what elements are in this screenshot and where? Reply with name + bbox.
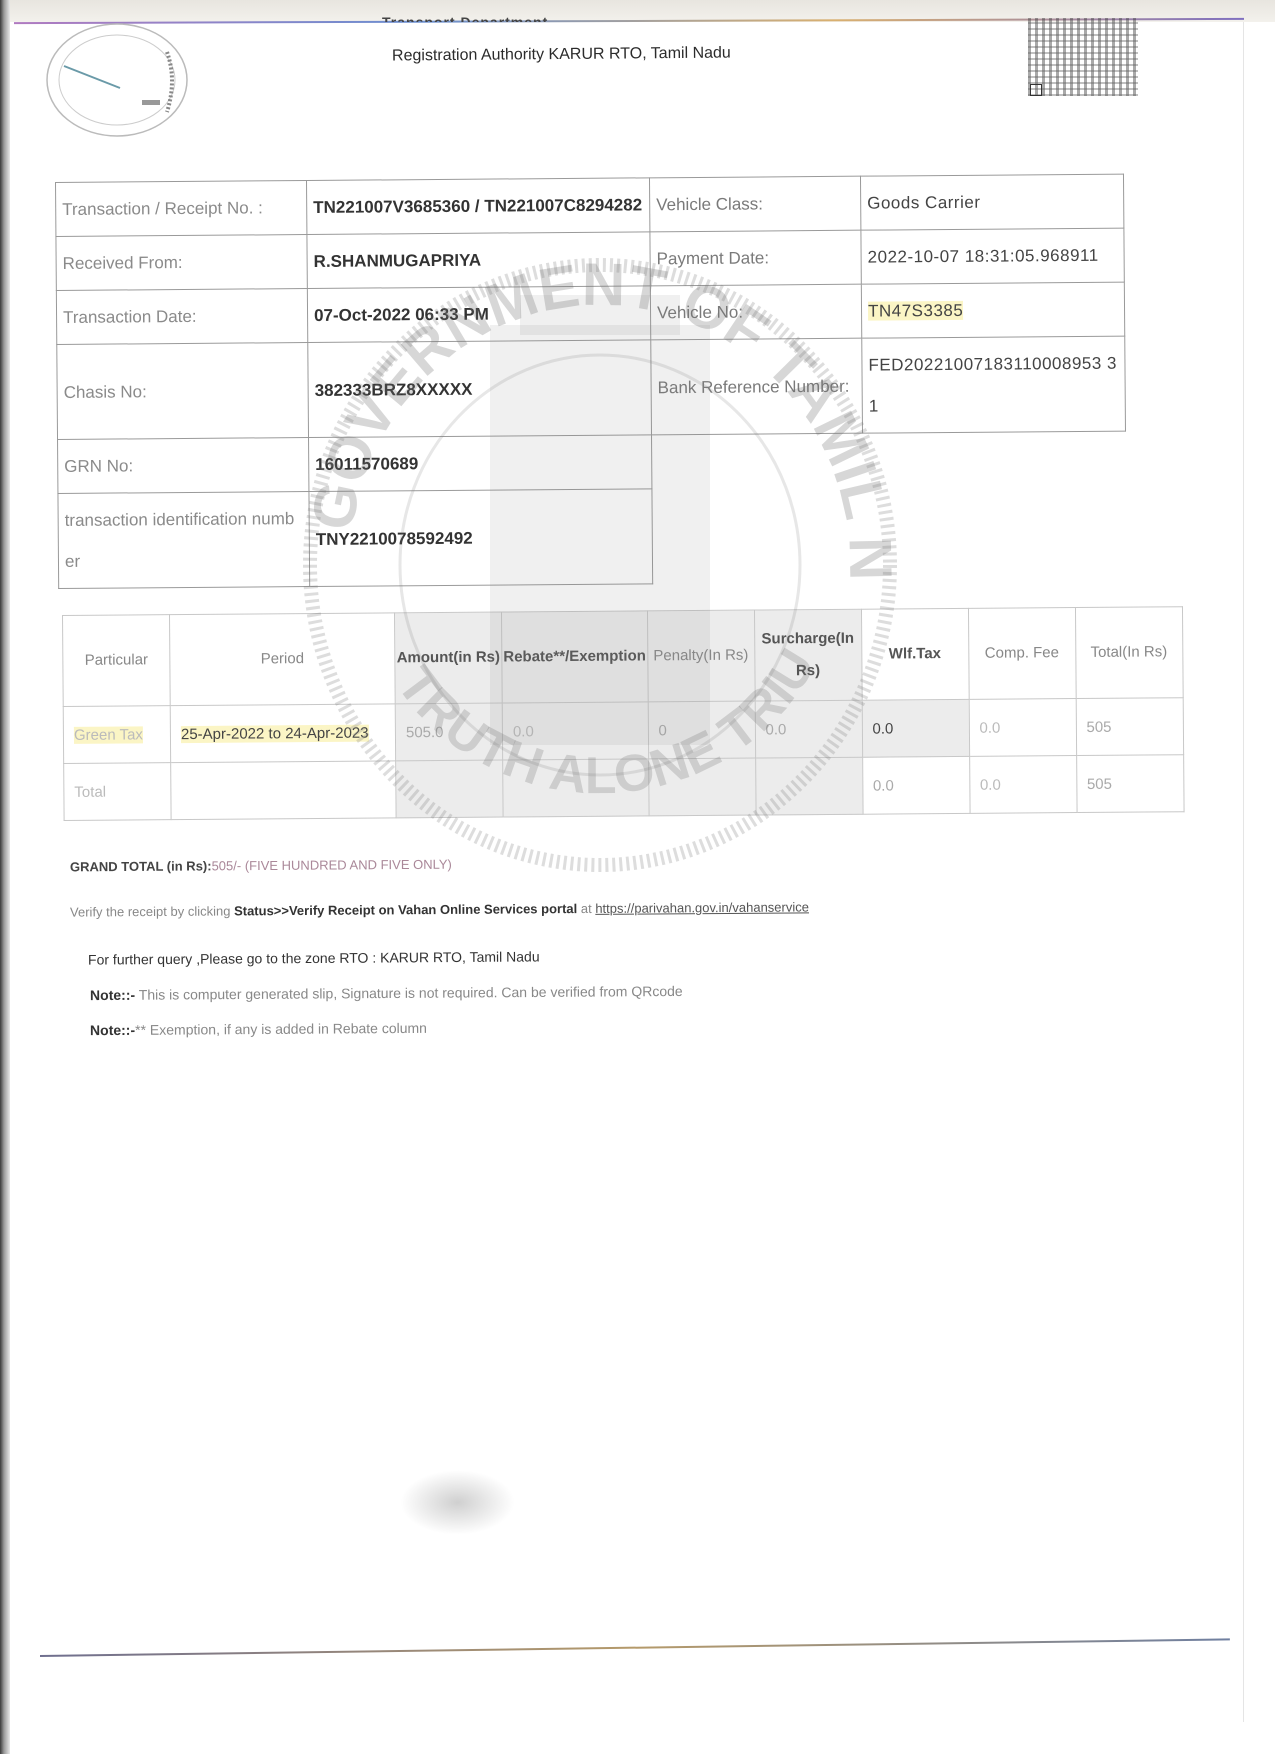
note-label: Note::-: [90, 1022, 135, 1038]
note-computer-generated: Note::- This is computer generated slip,…: [90, 983, 683, 1003]
wlf-tax-cell: 0.0: [862, 756, 969, 814]
header-wlf-tax: Wlf.Tax: [861, 608, 969, 700]
emblem-logo-icon: [42, 22, 192, 142]
period-cell: [171, 761, 396, 820]
chasis-no-value: 382333BRZ8XXXXX: [308, 340, 652, 438]
transaction-id-value: TNY2210078592492: [309, 489, 653, 587]
vehicle-no-label: Vehicle No:: [650, 284, 861, 340]
transaction-receipt-value: TN221007V3685360 / TN221007C8294282: [306, 178, 649, 235]
amount-cell: 505.0: [395, 703, 502, 761]
receipt-info-table: Transaction / Receipt No. : TN221007V368…: [55, 174, 1127, 589]
header-rebate: Rebate**/Exemption: [501, 611, 647, 703]
wlf-tax-cell: 0.0: [862, 699, 969, 757]
scan-smudge: [400, 1470, 515, 1535]
fee-table: Particular Period Amount(in Rs) Rebate**…: [62, 606, 1184, 821]
header-amount: Amount(in Rs): [394, 612, 502, 704]
grn-no-value: 16011570689: [309, 435, 652, 492]
total-cell: 505: [1076, 755, 1183, 813]
header-surcharge: Surcharge(In Rs): [754, 609, 862, 701]
qr-corner-marker: [1030, 84, 1042, 96]
received-from-value: R.SHANMUGAPRIYA: [307, 232, 650, 289]
vehicle-class-value: Goods Carrier: [860, 174, 1123, 230]
grand-total-value: 505/- (FIVE HUNDRED AND FIVE ONLY): [211, 857, 451, 874]
header-total: Total(In Rs): [1075, 607, 1183, 699]
rebate-cell: 0.0: [502, 702, 648, 760]
period-cell: 25-Apr-2022 to 24-Apr-2023: [181, 724, 369, 742]
verify-at: at: [577, 901, 595, 916]
comp-fee-cell: 0.0: [969, 699, 1076, 757]
verify-prefix: Verify the receipt by clicking: [70, 903, 234, 919]
payment-date-label: Payment Date:: [650, 230, 861, 286]
page-bottom-line: [40, 1638, 1230, 1657]
scan-background-left: [0, 0, 10, 1754]
transaction-date-value: 07-Oct-2022 06:33 PM: [307, 286, 650, 343]
grn-no-label: GRN No:: [58, 438, 309, 494]
transaction-receipt-label: Transaction / Receipt No. :: [56, 181, 307, 237]
qr-code-icon: [1028, 18, 1138, 96]
verify-instructions: Verify the receipt by clicking Status>>V…: [70, 899, 809, 919]
note-exemption: Note::-** Exemption, if any is added in …: [90, 1020, 427, 1038]
vehicle-no-value: TN47S3385: [868, 301, 963, 321]
grand-total: GRAND TOTAL (in Rs):505/- (FIVE HUNDRED …: [70, 857, 452, 875]
penalty-cell: 0: [648, 701, 755, 759]
registration-authority-title: Registration Authority KARUR RTO, Tamil …: [392, 45, 731, 66]
payment-date-value: 2022-10-07 18:31:05.968911: [861, 228, 1124, 284]
surcharge-cell: 0.0: [755, 700, 862, 758]
vehicle-class-label: Vehicle Class:: [649, 176, 860, 232]
chasis-no-label: Chasis No:: [57, 343, 309, 440]
grand-total-label: GRAND TOTAL (in Rs):: [70, 858, 212, 874]
transaction-id-label: transaction identification number: [58, 492, 310, 589]
note-text: ** Exemption, if any is added in Rebate …: [135, 1020, 427, 1038]
surcharge-cell: [755, 757, 862, 815]
rebate-cell: [503, 759, 649, 817]
received-from-label: Received From:: [56, 235, 307, 291]
note-text: This is computer generated slip, Signatu…: [135, 983, 683, 1003]
particular-cell: Total: [64, 763, 171, 821]
bank-reference-label: Bank Reference Number:: [651, 338, 863, 435]
header-cut-text: Transport Department: [382, 14, 548, 22]
total-cell: 505: [1076, 698, 1183, 756]
table-row: Green Tax 25-Apr-2022 to 24-Apr-2023 505…: [63, 698, 1183, 764]
note-label: Note::-: [90, 987, 135, 1003]
penalty-cell: [648, 758, 755, 816]
bank-reference-value: FED20221007183110008953 31: [862, 336, 1126, 433]
page-edge-right: [1243, 22, 1244, 1722]
transaction-date-label: Transaction Date:: [56, 289, 307, 345]
comp-fee-cell: 0.0: [969, 756, 1076, 814]
header-period: Period: [170, 613, 396, 706]
header-penalty: Penalty(In Rs): [647, 610, 755, 702]
table-row-total: Total 0.0 0.0 505: [64, 755, 1184, 821]
verify-path: Status>>Verify Receipt on Vahan Online S…: [234, 901, 577, 918]
header-particular: Particular: [63, 615, 171, 707]
vahan-service-link[interactable]: https://parivahan.gov.in/vahanservice: [595, 899, 809, 915]
amount-cell: [396, 760, 503, 818]
further-query-text: For further query ,Please go to the zone…: [88, 948, 540, 967]
header-comp-fee: Comp. Fee: [968, 608, 1076, 700]
particular-cell: Green Tax: [74, 726, 143, 744]
